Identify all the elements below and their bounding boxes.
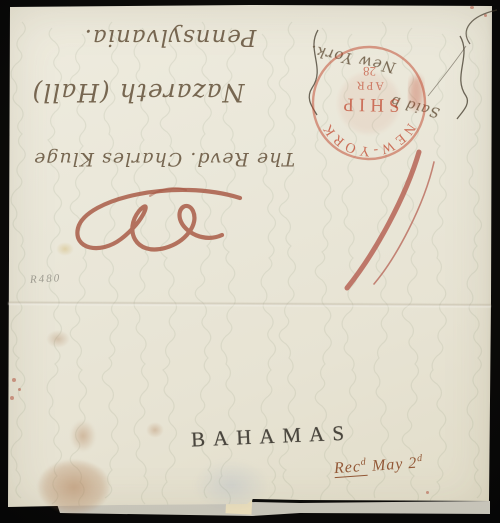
red-speck (10, 396, 14, 400)
handwriting-addressee-line: The Revd. Charles Kluge (60, 148, 295, 170)
postmark-ink-smudge (409, 76, 424, 110)
docket-body: May 2 (366, 455, 418, 475)
docket-prefix: Rec (334, 459, 362, 478)
stain-spot (70, 420, 96, 452)
stain-spot (46, 330, 70, 348)
handwriting-institution-line: Nazareth (Hall) (28, 78, 248, 107)
red-speck (18, 388, 21, 391)
red-speck (12, 378, 16, 382)
postmark-ship-text: SHIP (338, 93, 400, 115)
handwriting-state-line: Pennsylvania. (70, 24, 270, 50)
postmark-day-text: 28 (363, 64, 376, 79)
stain-spot-yellow (56, 242, 74, 256)
photo-backdrop: Pennsylvania. Nazareth (Hall) The Revd. … (0, 0, 500, 523)
red-speck (470, 6, 474, 9)
new-york-ship-postmark: NEW-YORK SHIP APR 28 (309, 43, 429, 163)
postmark-month-text: APR (355, 79, 385, 94)
stain-smudge-blue (194, 460, 268, 510)
docket-sup2: d (417, 453, 424, 464)
stain-spot (146, 422, 164, 438)
red-speck (484, 14, 487, 17)
stain-blotch (38, 460, 110, 514)
pencil-notation: R480 (30, 272, 62, 286)
red-speck (426, 491, 429, 494)
